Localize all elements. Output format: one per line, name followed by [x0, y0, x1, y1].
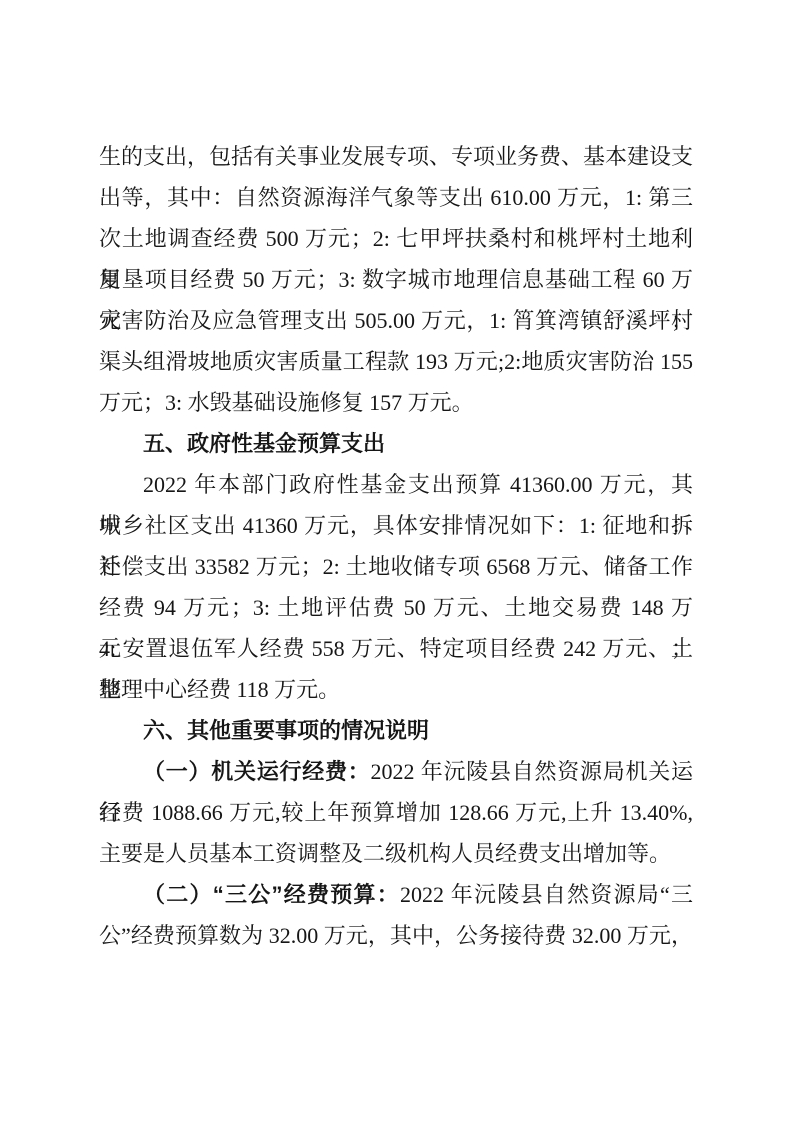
bold-label: 六、其他重要事项的情况说明 [143, 718, 429, 743]
text-segment: 主要是人员基本工资调整及二级机构人员经费支出增加等。 [99, 841, 671, 866]
text-line: （二）“三公”经费预算：2022 年沅陵县自然资源局“三 [99, 874, 693, 915]
text-line: 出等，其中：自然资源海洋气象等支出 610.00 万元，1: 第三 [99, 177, 693, 218]
text-line: （一）机关运行经费：2022 年沅陵县自然资源局机关运行 [99, 751, 693, 792]
text-line: 公”经费预算数为 32.00 万元，其中，公务接待费 32.00 万元， [99, 915, 693, 956]
text-line: 补偿支出 33582 万元；2: 土地收储专项 6568 万元、储备工作 [99, 546, 693, 587]
text-segment: 经费 1088.66 万元,较上年预算增加 128.66 万元,上升 13.40… [99, 800, 693, 825]
bold-label: （二）“三公”经费预算： [143, 882, 400, 907]
bold-label: 五、政府性基金预算支出 [143, 431, 385, 456]
text-line: 主要是人员基本工资调整及二级机构人员经费支出增加等。 [99, 833, 693, 874]
text-segment: 补偿支出 33582 万元；2: 土地收储专项 6568 万元、储备工作 [99, 554, 693, 579]
text-line: 次土地调查经费 500 万元；2: 七甲坪扶桑村和桃坪村土地利用 [99, 218, 693, 259]
text-segment: 公”经费预算数为 32.00 万元，其中，公务接待费 32.00 万元， [99, 923, 693, 948]
bold-label: （一）机关运行经费： [143, 759, 371, 784]
section-heading: 五、政府性基金预算支出 [99, 423, 693, 464]
text-segment: 万元；3: 水毁基础设施修复 157 万元。 [99, 390, 474, 415]
text-line: 城乡社区支出 41360 万元，具体安排情况如下：1: 征地和拆迁 [99, 505, 693, 546]
text-line: 4: 安置退伍军人经费 558 万元、特定项目经费 242 万元、土地 [99, 628, 693, 669]
text-line: 经费 94 万元；3: 土地评估费 50 万元、土地交易费 148 万元； [99, 587, 693, 628]
text-line: 经费 1088.66 万元,较上年预算增加 128.66 万元,上升 13.40… [99, 792, 693, 833]
text-segment: 生的支出，包括有关事业发展专项、专项业务费、基本建设支 [99, 144, 693, 169]
text-segment: 2022 年沅陵县自然资源局“三 [400, 882, 693, 907]
document-body: 生的支出，包括有关事业发展专项、专项业务费、基本建设支出等，其中：自然资源海洋气… [99, 136, 693, 956]
section-heading: 六、其他重要事项的情况说明 [99, 710, 693, 751]
text-line: 渠头组滑坡地质灾害质量工程款 193 万元;2:地质灾害防治 155 [99, 341, 693, 382]
document-page: 生的支出，包括有关事业发展专项、专项业务费、基本建设支出等，其中：自然资源海洋气… [0, 0, 793, 1122]
text-line: 灾害防治及应急管理支出 505.00 万元，1: 筲箕湾镇舒溪坪村 [99, 300, 693, 341]
text-line: 万元；3: 水毁基础设施修复 157 万元。 [99, 382, 693, 423]
text-line: 整理中心经费 118 万元。 [99, 669, 693, 710]
text-line: 2022 年本部门政府性基金支出预算 41360.00 万元，其中： [99, 464, 693, 505]
text-segment: 渠头组滑坡地质灾害质量工程款 193 万元;2:地质灾害防治 155 [99, 349, 693, 374]
text-segment: 灾害防治及应急管理支出 505.00 万元，1: 筲箕湾镇舒溪坪村 [99, 308, 693, 333]
text-segment: 整理中心经费 118 万元。 [99, 677, 340, 702]
text-line: 复垦项目经费 50 万元；3: 数字城市地理信息基础工程 60 万元； [99, 259, 693, 300]
text-segment: 出等，其中：自然资源海洋气象等支出 610.00 万元，1: 第三 [99, 185, 693, 210]
text-line: 生的支出，包括有关事业发展专项、专项业务费、基本建设支 [99, 136, 693, 177]
